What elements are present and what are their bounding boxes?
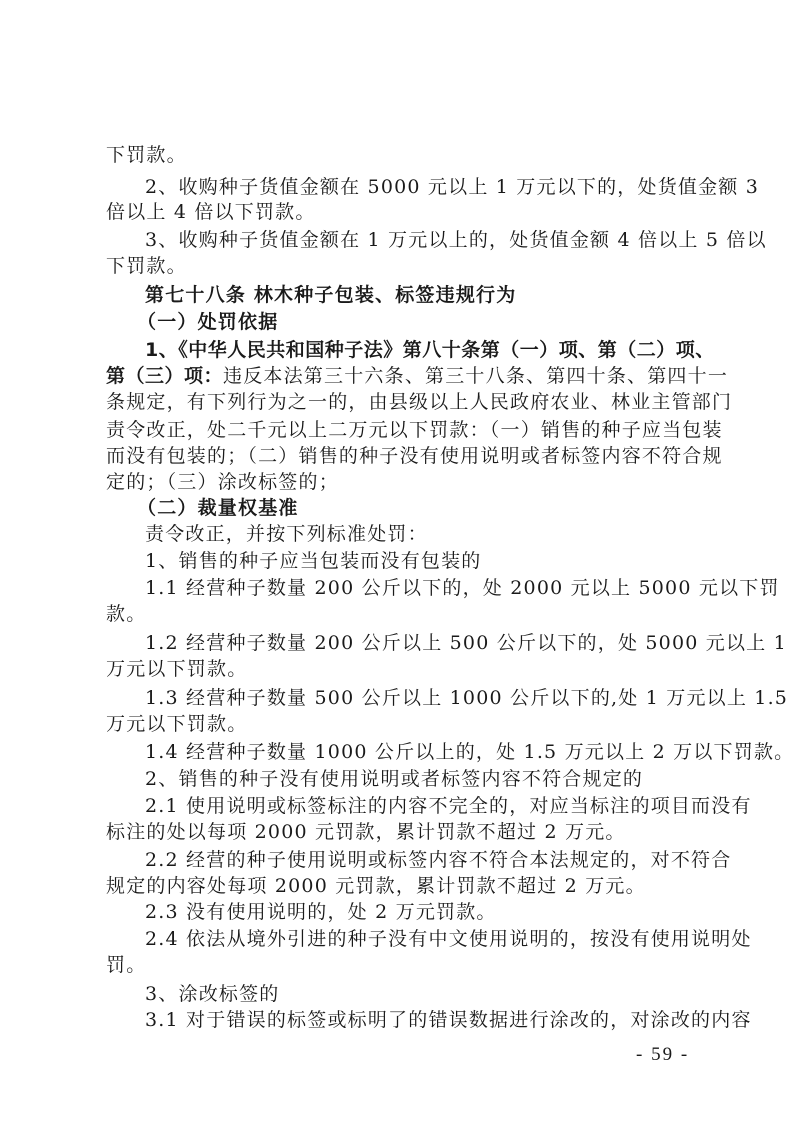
basis-line-2: 第（三）项：违反本法第三十六条、第三十八条、第四十条、第四十一 bbox=[106, 364, 696, 388]
text-line: 2、销售的种子没有使用说明或者标签内容不符合规定的 bbox=[145, 767, 696, 791]
text-line: 2.3 没有使用说明的，处 2 万元罚款。 bbox=[145, 900, 696, 924]
text-line: 3、收购种子货值金额在 1 万元以上的，处货值金额 4 倍以上 5 倍以 bbox=[145, 228, 696, 252]
text-line: 2.2 经营的种子使用说明或标签内容不符合本法规定的，对不符合 bbox=[145, 848, 696, 872]
text-line: 3.1 对于错误的标签或标明了的错误数据进行涂改的，对涂改的内容 bbox=[145, 1008, 696, 1032]
text-line: 1.3 经营种子数量 500 公斤以上 1000 公斤以下的,处 1 万元以上 … bbox=[145, 686, 696, 710]
text-line: 1.1 经营种子数量 200 公斤以下的，处 2000 元以上 5000 元以下… bbox=[145, 576, 696, 600]
text-line: 3、涂改标签的 bbox=[145, 982, 696, 1006]
text-line: 定的；（三）涂改标签的； bbox=[106, 470, 696, 494]
text-line: 下罚款。 bbox=[106, 254, 696, 278]
text-line: 1.4 经营种子数量 1000 公斤以上的，处 1.5 万元以上 2 万以下罚款… bbox=[145, 740, 696, 764]
page-number: - 59 - bbox=[636, 1044, 689, 1066]
basis-lead-cont: 第（三）项： bbox=[106, 365, 223, 387]
text-line: 2.1 使用说明或标签标注的内容不完全的，对应当标注的项目而没有 bbox=[145, 794, 696, 818]
text-line: 责令改正，并按下列标准处罚： bbox=[145, 522, 696, 546]
text-line: 规定的内容处每项 2000 元罚款，累计罚款不超过 2 万元。 bbox=[106, 874, 696, 898]
text-line: 责令改正，处二千元以上二万元以下罚款：（一）销售的种子应当包装 bbox=[106, 418, 696, 442]
text-line: 而没有包装的；（二）销售的种子没有使用说明或者标签内容不符合规 bbox=[106, 444, 696, 468]
text-line: 条规定，有下列行为之一的，由县级以上人民政府农业、林业主管部门 bbox=[106, 390, 696, 414]
text-line: 罚。 bbox=[106, 953, 696, 977]
section-heading-basis: （一）处罚依据 bbox=[137, 310, 688, 334]
section-heading-standard: （二）裁量权基准 bbox=[137, 496, 688, 520]
article-heading: 第七十八条 林木种子包装、标签违规行为 bbox=[145, 283, 696, 307]
text-line: 2.4 依法从境外引进的种子没有中文使用说明的，按没有使用说明处 bbox=[145, 927, 696, 951]
text-line: 1、销售的种子应当包装而没有包装的 bbox=[145, 549, 696, 573]
text-line: 2、收购种子货值金额在 5000 元以上 1 万元以下的，处货值金额 3 bbox=[145, 175, 696, 199]
text-line: 标注的处以每项 2000 元罚款，累计罚款不超过 2 万元。 bbox=[106, 820, 696, 844]
basis-lead: 1、《中华人民共和国种子法》第八十条第（一）项、第（二）项、 bbox=[145, 338, 696, 362]
basis-text: 违反本法第三十六条、第三十八条、第四十条、第四十一 bbox=[223, 365, 728, 387]
text-line: 万元以下罚款。 bbox=[106, 712, 696, 736]
text-line: 倍以上 4 倍以下罚款。 bbox=[106, 200, 696, 224]
document-page: 下罚款。 2、收购种子货值金额在 5000 元以上 1 万元以下的，处货值金额 … bbox=[0, 0, 793, 1122]
text-line: 款。 bbox=[106, 602, 696, 626]
text-line: 万元以下罚款。 bbox=[106, 657, 696, 681]
text-line: 1.2 经营种子数量 200 公斤以上 500 公斤以下的，处 5000 元以上… bbox=[145, 631, 696, 655]
text-line: 下罚款。 bbox=[106, 143, 696, 167]
